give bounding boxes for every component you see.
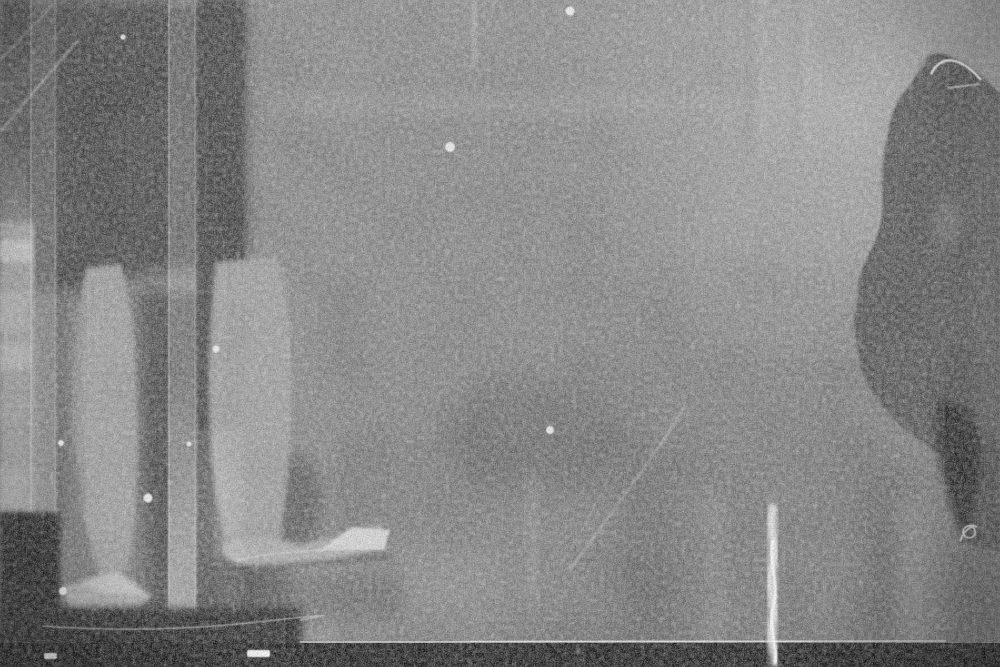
photo-canvas xyxy=(0,0,1000,667)
photograph xyxy=(0,0,1000,667)
vignette xyxy=(0,0,1000,667)
